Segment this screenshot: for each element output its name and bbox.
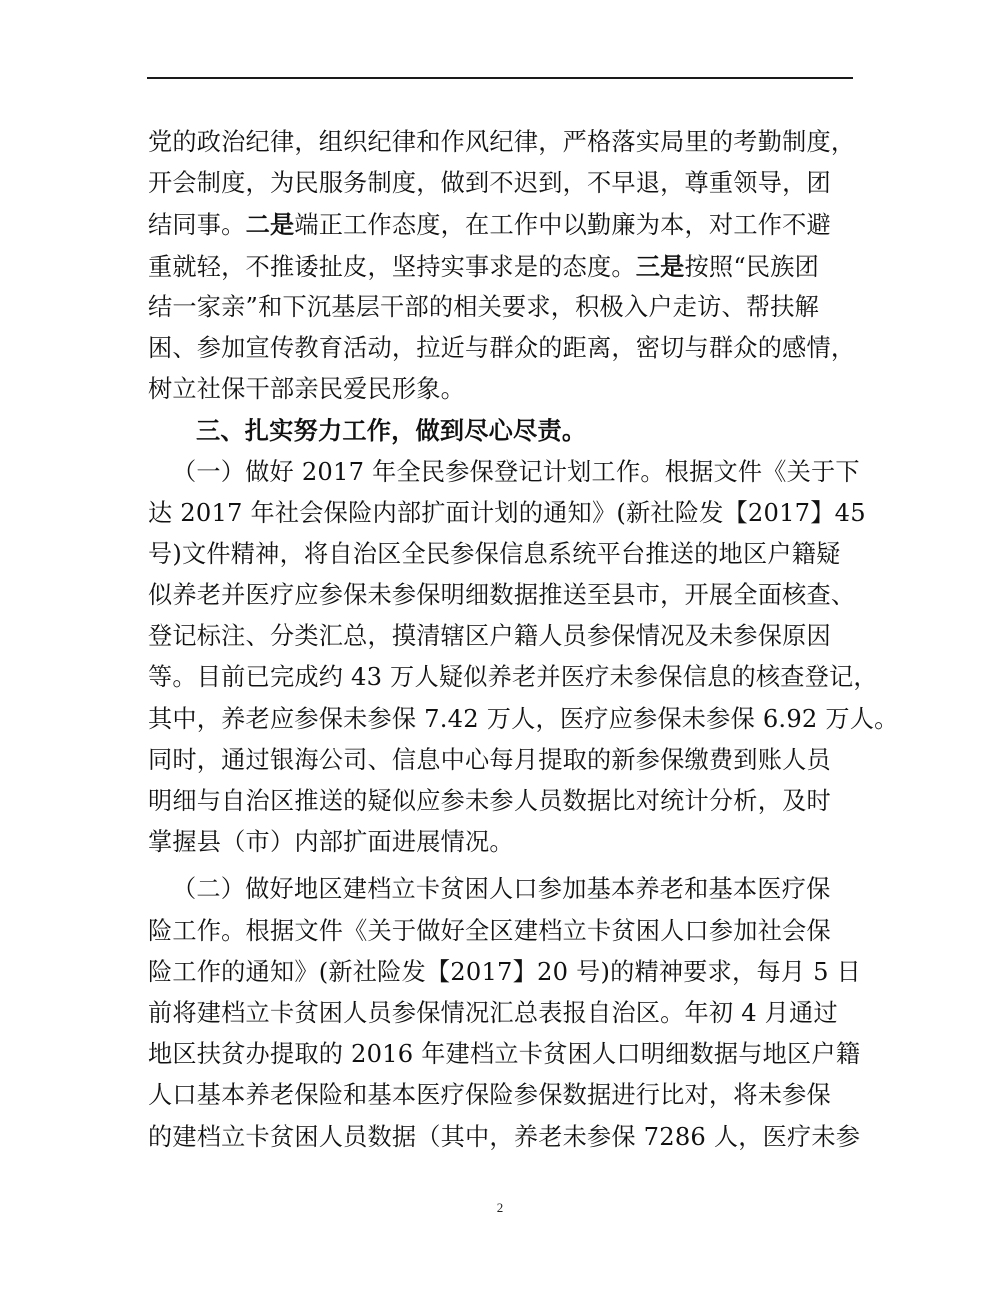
- text-line: 树立社保干部亲民爱民形象。: [148, 369, 860, 410]
- page-number: 2: [0, 1200, 1000, 1216]
- text-line: 同时，通过银海公司、信息中心每月提取的新参保缴费到账人员: [148, 740, 860, 781]
- header-rule: [147, 77, 853, 79]
- text-line: 其中，养老应参保未参保 7.42 万人，医疗应参保未参保 6.92 万人。: [148, 699, 860, 740]
- text-line: 的建档立卡贫困人员数据（其中，养老未参保 7286 人，医疗未参: [148, 1117, 860, 1158]
- text-line: 党的政治纪律，组织纪律和作风纪律，严格落实局里的考勤制度，: [148, 122, 860, 163]
- text-line: 重就轻，不推诿扯皮，坚持实事求是的态度。三是按照“民族团: [148, 246, 860, 287]
- text-line: 明细与自治区推送的疑似应参未参人员数据比对统计分析，及时: [148, 781, 860, 822]
- text-line: 登记标注、分类汇总，摸清辖区户籍人员参保情况及未参保原因: [148, 616, 860, 657]
- text-line: 险工作的通知》(新社险发【2017】20 号)的精神要求，每月 5 日: [148, 952, 860, 993]
- subsection-first-line: （一）做好 2017 年全民参保登记计划工作。根据文件《关于下: [148, 452, 860, 493]
- text-line: 开会制度，为民服务制度，做到不迟到，不早退，尊重领导，团: [148, 163, 860, 204]
- text-line: 达 2017 年社会保险内部扩面计划的通知》(新社险发【2017】45: [148, 493, 860, 534]
- text-line: 号)文件精神，将自治区全民参保信息系统平台推送的地区户籍疑: [148, 534, 860, 575]
- text-line: 等。目前已完成约 43 万人疑似养老并医疗未参保信息的核查登记，: [148, 657, 860, 698]
- text-line: 人口基本养老保险和基本医疗保险参保数据进行比对，将未参保: [148, 1075, 860, 1116]
- text-line: 结同事。二是端正工作态度，在工作中以勤廉为本，对工作不避: [148, 204, 860, 245]
- text-line: 困、参加宣传教育活动，拉近与群众的距离，密切与群众的感情，: [148, 328, 860, 369]
- text-line: 掌握县（市）内部扩面进展情况。: [148, 822, 860, 863]
- emphasis-label: 二是: [246, 210, 295, 239]
- text-line: 似养老并医疗应参保未参保明细数据推送至县市，开展全面核查、: [148, 575, 860, 616]
- emphasis-label: 三是: [636, 252, 685, 281]
- text-line: 前将建档立卡贫困人员参保情况汇总表报自治区。年初 4 月通过: [148, 993, 860, 1034]
- subsection-first-line: （二）做好地区建档立卡贫困人口参加基本养老和基本医疗保: [148, 869, 860, 910]
- text-line: 结一家亲”和下沉基层干部的相关要求，积极入户走访、帮扶解: [148, 287, 860, 328]
- document-body: 党的政治纪律，组织纪律和作风纪律，严格落实局里的考勤制度， 开会制度，为民服务制…: [148, 122, 860, 1158]
- text-line: 险工作。根据文件《关于做好全区建档立卡贫困人口参加社会保: [148, 911, 860, 952]
- text-line: 地区扶贫办提取的 2016 年建档立卡贫困人口明细数据与地区户籍: [148, 1034, 860, 1075]
- section-heading: 三、扎实努力工作，做到尽心尽责。: [148, 410, 860, 451]
